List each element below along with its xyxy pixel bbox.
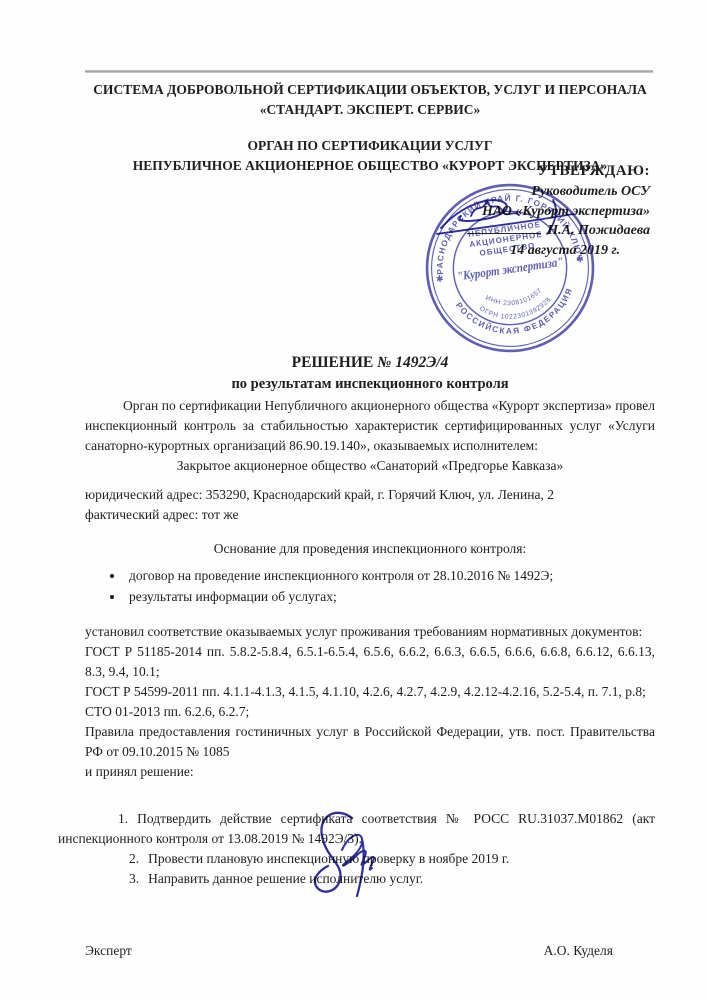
conformity-statement: установил соответствие оказываемых услуг… [85, 622, 655, 642]
body-header-line1: ОРГАН ПО СЕРТИФИКАЦИИ УСЛУГ [85, 136, 655, 156]
stamp-star-left-icon: ✱ [435, 273, 444, 284]
decision-title-word: РЕШЕНИЕ [292, 354, 374, 371]
scan-divider-line [85, 70, 653, 73]
intro-paragraph: Орган по сертификации Непубличного акцио… [85, 396, 655, 456]
resolution-intro: и принял решение: [85, 762, 655, 782]
document-page: СИСТЕМА ДОБРОВОЛЬНОЙ СЕРТИФИКАЦИИ ОБЪЕКТ… [0, 0, 707, 1000]
inspection-basis-list: договор на проведение инспекционного кон… [85, 566, 655, 607]
signature-row: Эксперт А.О. Куделя [85, 941, 655, 961]
approval-label: УТВЕРЖДАЮ: [350, 160, 650, 182]
decision-title: РЕШЕНИЕ № 1492Э/4 [85, 352, 655, 374]
basis-item: результаты информации об услугах; [125, 587, 655, 608]
expert-name: А.О. Куделя [544, 941, 613, 961]
decision-item-number: 3. [129, 871, 139, 886]
expert-label: Эксперт [85, 941, 132, 961]
system-header-line1: СИСТЕМА ДОБРОВОЛЬНОЙ СЕРТИФИКАЦИИ ОБЪЕКТ… [85, 80, 655, 100]
inspection-basis-title: Основание для проведения инспекционного … [85, 539, 655, 559]
basis-item: договор на проведение инспекционного кон… [125, 566, 655, 587]
expert-signature [296, 806, 406, 906]
normative-document-gost2: ГОСТ Р 54599-2011 пп. 4.1.1-4.1.3, 4.1.5… [85, 682, 655, 702]
executor-company-name: Закрытое акционерное общество «Санаторий… [85, 456, 655, 476]
normative-document-gost1: ГОСТ Р 51185-2014 пп. 5.8.2-5.8.4, 6.5.1… [85, 642, 655, 682]
actual-address: фактический адрес: тот же [85, 505, 655, 525]
decision-item-number: 1. [118, 811, 128, 826]
stamp-star-right-icon: ✱ [576, 254, 585, 265]
certification-system-header: СИСТЕМА ДОБРОВОЛЬНОЙ СЕРТИФИКАЦИИ ОБЪЕКТ… [85, 80, 655, 120]
decision-subtitle: по результатам инспекционного контроля [85, 374, 655, 395]
approver-signature [433, 188, 583, 246]
system-header-line2: «СТАНДАРТ. ЭКСПЕРТ. СЕРВИС» [85, 100, 655, 120]
decision-title-number: № 1492Э/4 [377, 354, 448, 371]
legal-address: юридический адрес: 353290, Краснодарский… [85, 485, 655, 505]
normative-document-sto: СТО 01-2013 пп. 6.2.6, 6.2.7; [85, 702, 655, 722]
decision-item-number: 2. [129, 851, 139, 866]
stamp-center-name: "Курорт экспертиза" [456, 255, 564, 284]
normative-document-rules: Правила предоставления гостиничных услуг… [85, 722, 655, 762]
